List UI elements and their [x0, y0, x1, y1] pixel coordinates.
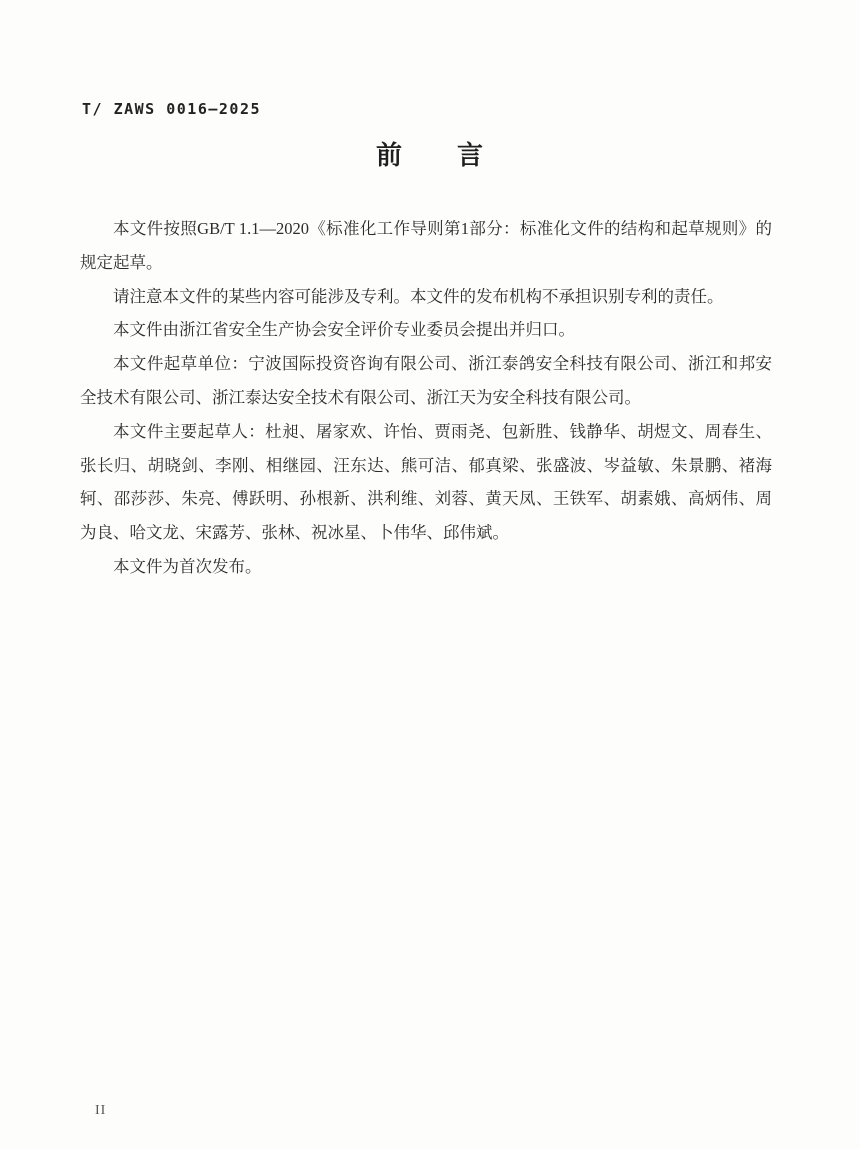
paragraph-first-release: 本文件为首次发布。	[80, 550, 772, 584]
paragraph-patent-notice: 请注意本文件的某些内容可能涉及专利。本文件的发布机构不承担识别专利的责任。	[80, 280, 772, 314]
paragraph-drafting-rule: 本文件按照GB/T 1.1—2020《标准化工作导则第1部分：标准化文件的结构和…	[80, 212, 772, 280]
paragraph-main-drafters: 本文件主要起草人：杜昶、屠家欢、许怡、贾雨尧、包新胜、钱静华、胡煜文、周春生、张…	[80, 415, 772, 550]
page-number: II	[95, 1103, 106, 1119]
paragraph-proposing-org: 本文件由浙江省安全生产协会安全评价专业委员会提出并归口。	[80, 313, 772, 347]
paragraph-drafting-organizations: 本文件起草单位：宁波国际投资咨询有限公司、浙江泰鸽安全科技有限公司、浙江和邦安全…	[80, 347, 772, 415]
document-page: T/ ZAWS 0016—2025 前 言 本文件按照GB/T 1.1—2020…	[0, 0, 860, 1149]
document-body: 本文件按照GB/T 1.1—2020《标准化工作导则第1部分：标准化文件的结构和…	[80, 212, 772, 584]
standard-number: T/ ZAWS 0016—2025	[82, 100, 261, 118]
page-title: 前 言	[0, 139, 860, 173]
